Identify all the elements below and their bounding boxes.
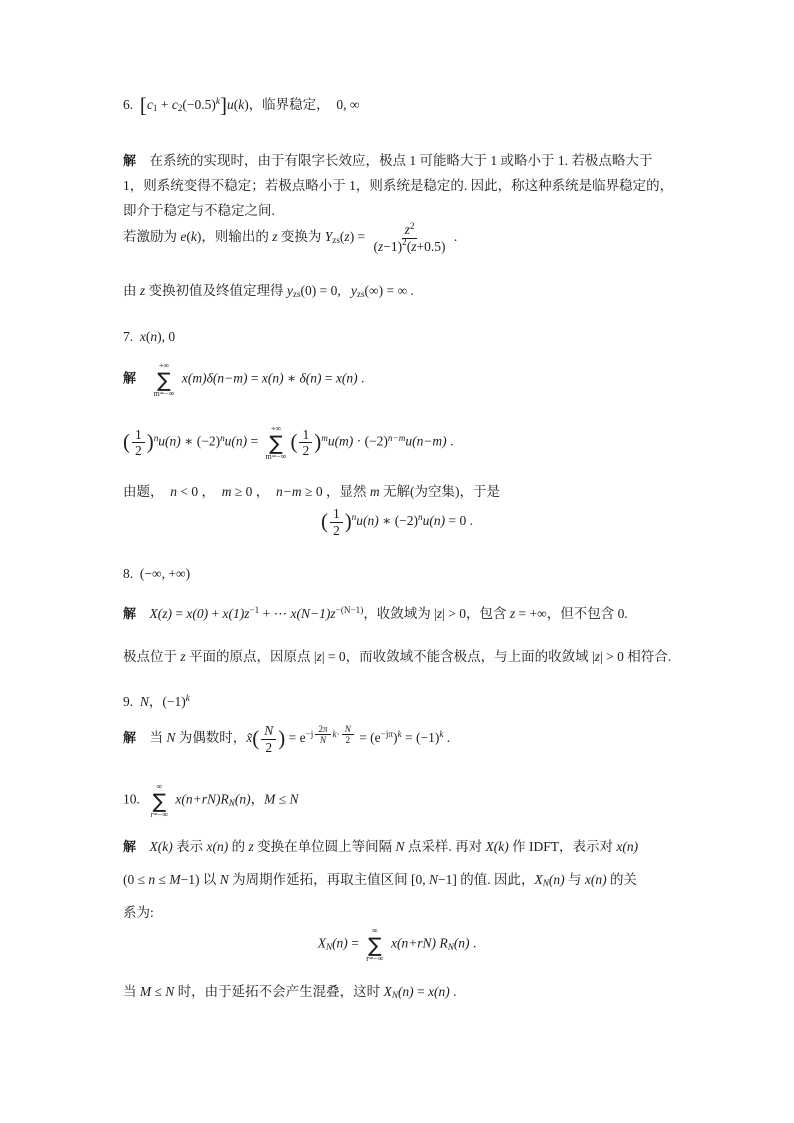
problem8-heading: 8. (−∞, +∞)	[123, 561, 190, 586]
solution7-line1: 由题， n < 0 ， m ≥ 0 ， n−m ≥ 0 ，显然 m 无解(为空集…	[123, 479, 500, 504]
solution7-formula1: 解 +∞∑m=−∞ x(m)δ(n−m) = x(n) ∗ δ(n) = x(n…	[123, 361, 364, 398]
solution8-line1: 解 X(z) = x(0) + x(1)z−1 + ⋯ x(N−1)z−(N−1…	[123, 601, 628, 626]
problem10-heading: 10. ∞∑r=−∞ x(n+rN)RN(n)，M ≤ N	[123, 782, 299, 819]
solution7-formula3: (12)nu(n) ∗ (−2)nu(n) = 0 .	[0, 506, 794, 538]
solution6-line4: 由 z 变换初值及终值定理得 yzs(0) = 0, yzs(∞) = ∞ .	[123, 278, 414, 303]
solution10-line2: (0 ≤ n ≤ M−1) 以 N 为周期作延拓，再取主值区间 [0, N−1]…	[123, 867, 637, 892]
solution10-formula: XN(n) = ∞∑r=−∞ x(n+rN) RN(n) .	[0, 926, 794, 963]
solution6-line2: 1，则系统变得不稳定；若极点略小于 1，则系统是稳定的. 因此，称这种系统是临界…	[123, 173, 673, 198]
solution6-line1: 解 在系统的实现时，由于有限字长效应，极点 1 可能略大于 1 或略小于 1. …	[123, 148, 652, 173]
solution10-line1: 解 X(k) 表示 x(n) 的 z 变换在单位圆上等间隔 N 点采样. 再对 …	[123, 834, 638, 859]
solution6-formula-line: 若激励为 e(k)，则输出的 z 变换为 Yzs(z) = z2(z−1)2(z…	[123, 222, 457, 254]
solution10-line4: 当 M ≤ N 时，由于延拓不会产生混叠，这时 XN(n) = x(n) .	[123, 979, 457, 1004]
solution8-line2: 极点位于 z 平面的原点，因原点 |z| = 0，而收敛域不能含极点，与上面的收…	[123, 644, 671, 669]
solution9-formula: 解 当 N 为偶数时，x̃(N2) = e−j2πNk·N2 = (e−jπ)k…	[123, 723, 450, 755]
solution7-formula2: (12)nu(n) ∗ (−2)nu(n) = +∞∑m=−∞(12)mu(m)…	[123, 424, 453, 461]
solution10-line3: 系为:	[123, 900, 154, 925]
problem9-heading: 9. N，(−1)k	[123, 689, 190, 714]
problem6-heading: 6. [c1 + c2(−0.5)k]u(k)，临界稳定， 0, ∞	[123, 92, 360, 117]
document-page: 6. [c1 + c2(−0.5)k]u(k)，临界稳定， 0, ∞ 解 在系统…	[0, 0, 794, 1123]
problem7-heading: 7. x(n), 0	[123, 324, 175, 349]
solution6-line3: 即介于稳定与不稳定之间.	[123, 198, 275, 223]
